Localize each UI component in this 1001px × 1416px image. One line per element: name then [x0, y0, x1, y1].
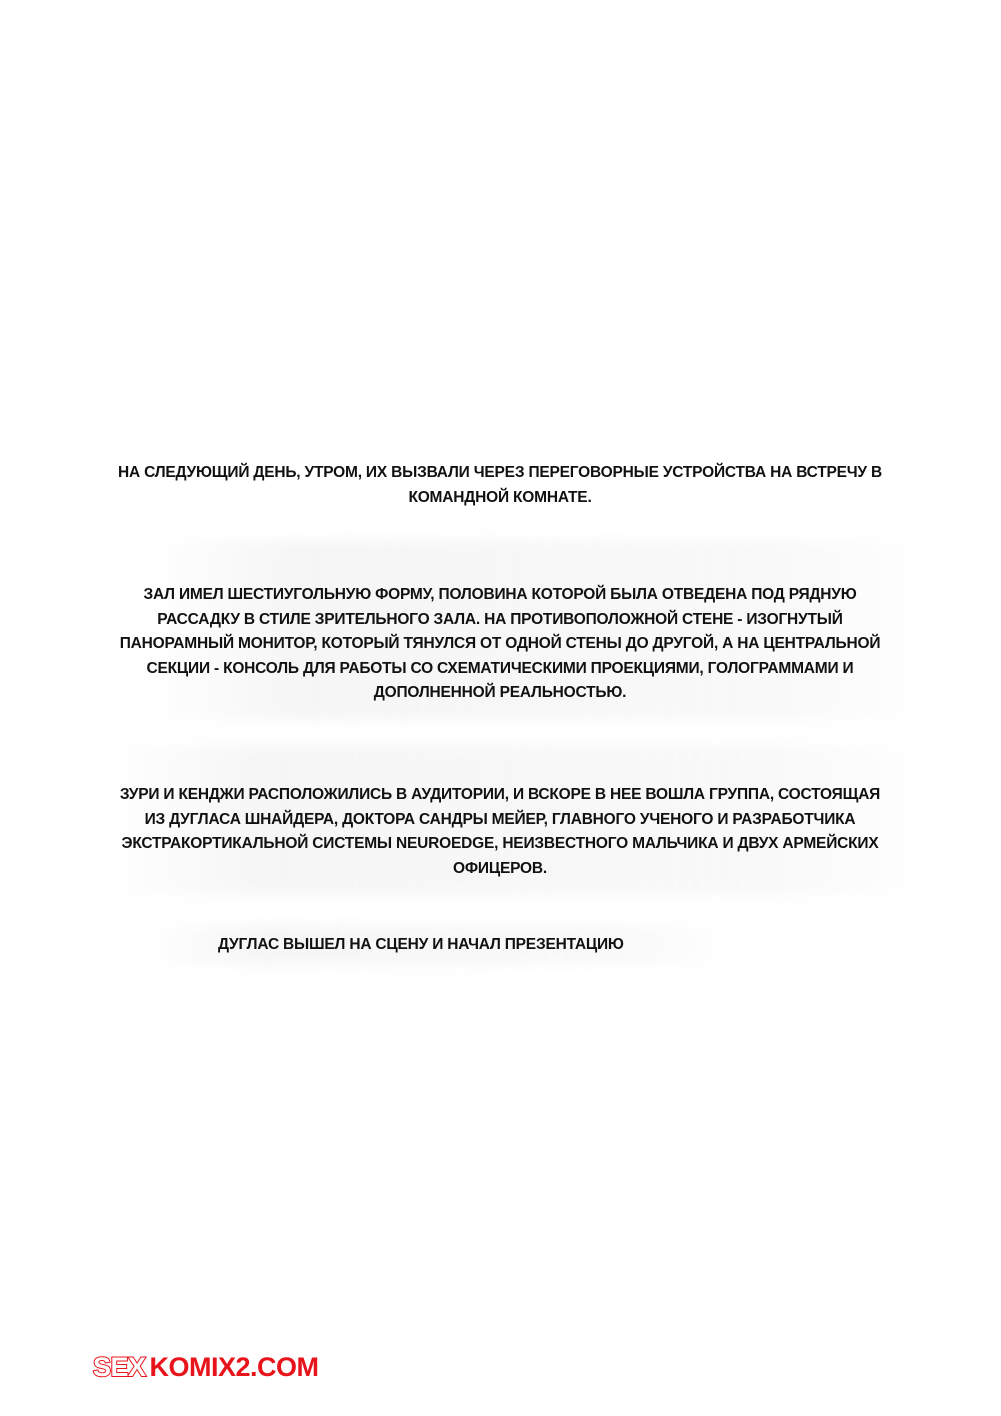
caption-line: НА СЛЕДУЮЩИЙ ДЕНЬ, УТРОМ, ИХ ВЫЗВАЛИ ЧЕР…	[70, 461, 930, 486]
narration-caption-3: ЗУРИ И КЕНДЖИ РАСПОЛОЖИЛИСЬ В АУДИТОРИИ,…	[70, 783, 930, 881]
narration-caption-1: НА СЛЕДУЮЩИЙ ДЕНЬ, УТРОМ, ИХ ВЫЗВАЛИ ЧЕР…	[70, 461, 930, 510]
caption-line: СЕКЦИИ - КОНСОЛЬ ДЛЯ РАБОТЫ СО СХЕМАТИЧЕ…	[70, 657, 930, 682]
caption-line: ПАНОРАМНЫЙ МОНИТОР, КОТОРЫЙ ТЯНУЛСЯ ОТ О…	[70, 632, 930, 657]
watermark-outlined-text: SEX	[93, 1352, 146, 1382]
watermark-solid-text: KOMIX2.COM	[150, 1352, 319, 1382]
narration-caption-2: ЗАЛ ИМЕЛ ШЕСТИУГОЛЬНУЮ ФОРМУ, ПОЛОВИНА К…	[70, 583, 930, 706]
caption-line: ЭКСТРАКОРТИКАЛЬНОЙ СИСТЕМЫ NEUROEDGE, НЕ…	[70, 832, 930, 857]
site-watermark[interactable]: SEXKOMIX2.COM	[93, 1352, 319, 1382]
caption-line: КОМАНДНОЙ КОМНАТЕ.	[70, 486, 930, 511]
caption-line: ДОПОЛНЕННОЙ РЕАЛЬНОСТЬЮ.	[70, 681, 930, 706]
comic-page: НА СЛЕДУЮЩИЙ ДЕНЬ, УТРОМ, ИХ ВЫЗВАЛИ ЧЕР…	[0, 0, 1001, 1416]
narration-caption-4: ДУГЛАС ВЫШЕЛ НА СЦЕНУ И НАЧАЛ ПРЕЗЕНТАЦИ…	[218, 933, 624, 958]
caption-line: ОФИЦЕРОВ.	[70, 857, 930, 882]
caption-line: ЗАЛ ИМЕЛ ШЕСТИУГОЛЬНУЮ ФОРМУ, ПОЛОВИНА К…	[70, 583, 930, 608]
caption-line: ДУГЛАС ВЫШЕЛ НА СЦЕНУ И НАЧАЛ ПРЕЗЕНТАЦИ…	[218, 933, 624, 958]
caption-line: ЗУРИ И КЕНДЖИ РАСПОЛОЖИЛИСЬ В АУДИТОРИИ,…	[70, 783, 930, 808]
caption-line: ИЗ ДУГЛАСА ШНАЙДЕРА, ДОКТОРА САНДРЫ МЕЙЕ…	[70, 808, 930, 833]
caption-line: РАССАДКУ В СТИЛЕ ЗРИТЕЛЬНОГО ЗАЛА. НА ПР…	[70, 608, 930, 633]
